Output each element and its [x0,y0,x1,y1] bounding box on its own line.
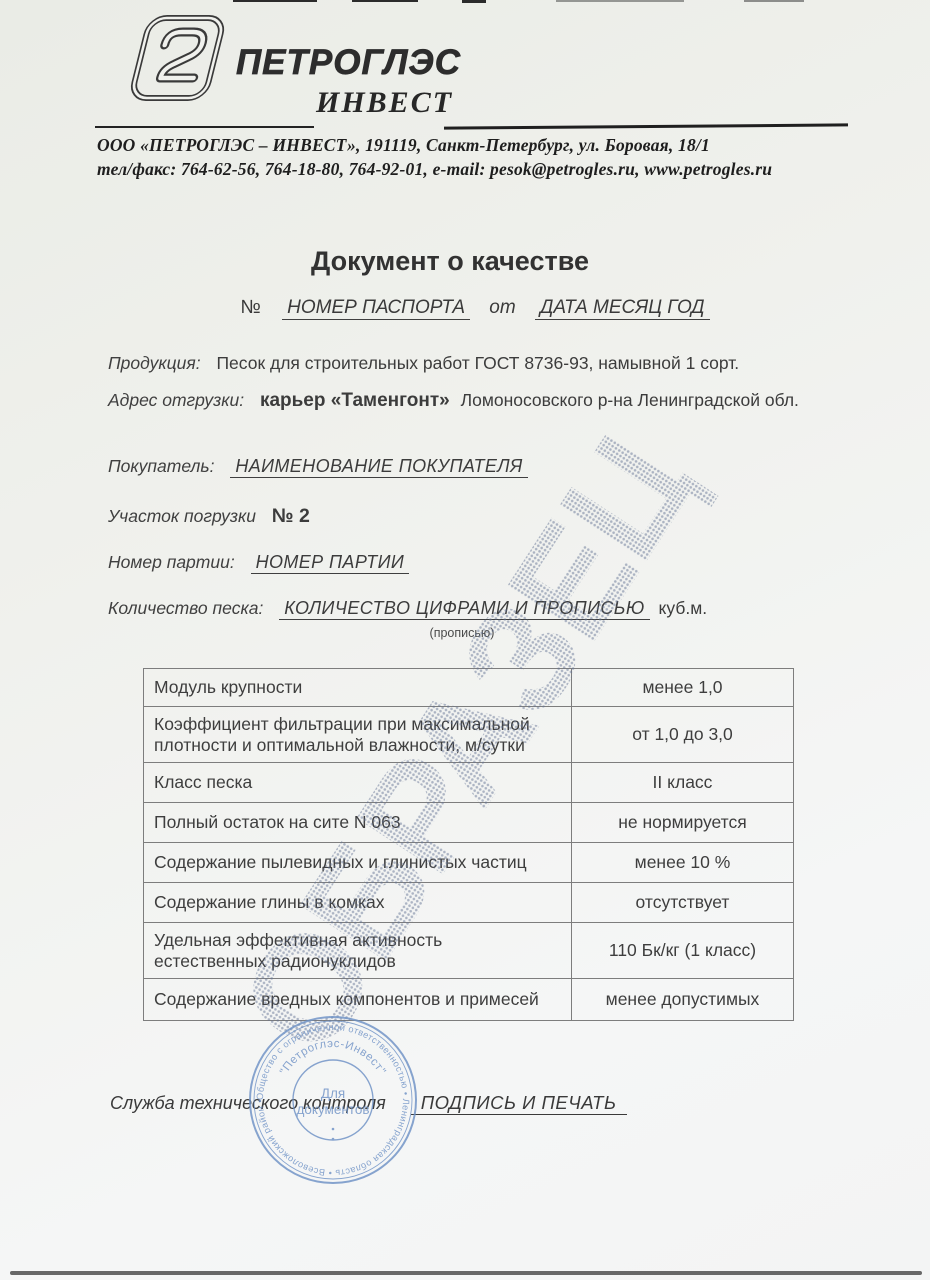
param-cell: Коэффициент фильтрации при максимальной … [144,707,572,763]
passport-number-placeholder: НОМЕР ПАСПОРТА [282,297,470,320]
company-contact-line: тел/факс: 764-62-56, 764-18-80, 764-92-0… [97,158,772,181]
passport-date-placeholder: ДАТА МЕСЯЦ ГОД [535,297,710,320]
scanned-quality-document: ПЕТРОГЛЭС ИНВЕСТ ООО «ПЕТРОГЛЭС – ИНВЕСТ… [0,0,930,1280]
param-cell: Удельная эффективная активность естестве… [144,923,572,979]
stamp-center-line1: Для [321,1086,345,1101]
header-rule-right [444,123,848,129]
shipping-label: Адрес отгрузки: [108,390,244,410]
quantity-label: Количество песка: [108,598,263,618]
company-stamp: Общество с ограниченной ответственностью… [246,1013,420,1187]
value-cell: отсутствует [572,883,794,923]
table-row: Модуль крупности менее 1,0 [144,669,794,707]
field-product: Продукция: Песок для строительных работ … [108,353,739,374]
value-cell: от 1,0 до 3,0 [572,707,794,763]
param-cell: Модуль крупности [144,669,572,707]
loading-value: № 2 [272,505,310,527]
param-cell: Содержание глины в комках [144,883,572,923]
table-row: Удельная эффективная активность естестве… [144,923,794,979]
quantity-unit: куб.м. [659,598,708,618]
batch-placeholder: НОМЕР ПАРТИИ [251,552,410,574]
table-row: Класс песка II класс [144,763,794,803]
signature-placeholder: ПОДПИСЬ И ПЕЧАТЬ [411,1092,627,1115]
buyer-placeholder: НАИМЕНОВАНИЕ ПОКУПАТЕЛЯ [230,456,527,478]
scan-artifact [744,0,804,2]
quality-table: Модуль крупности менее 1,0 Коэффициент ф… [143,668,794,1021]
scan-artifact [556,0,684,2]
field-batch-number: Номер партии: НОМЕР ПАРТИИ [108,552,409,573]
table-row: Содержание пылевидных и глинистых частиц… [144,843,794,883]
value-cell: II класс [572,763,794,803]
shipping-quarry-value: карьер «Таменгонт» [260,390,450,411]
buyer-label: Покупатель: [108,456,214,476]
document-title: Документ о качестве [0,246,900,277]
batch-label: Номер партии: [108,552,235,572]
stamp-dot [332,1128,335,1131]
quantity-note: (прописью) [0,626,924,640]
petrogles-logo-icon [128,12,236,108]
value-cell: не нормируется [572,803,794,843]
scan-artifact [233,0,317,2]
value-cell: менее допустимых [572,979,794,1021]
value-cell: 110 Бк/кг (1 класс) [572,923,794,979]
scan-artifact [462,0,486,3]
passport-date-separator: от [489,297,515,318]
passport-number-prefix: № [240,297,260,318]
brand-name: ПЕТРОГЛЭС [236,44,461,83]
value-cell: менее 1,0 [572,669,794,707]
shipping-region-value: Ломоносовского р-на Ленинградской обл. [461,390,799,410]
param-cell: Содержание пылевидных и глинистых частиц [144,843,572,883]
field-loading-section: Участок погрузки № 2 [108,505,310,528]
company-address-line: ООО «ПЕТРОГЛЭС – ИНВЕСТ», 191119, Санкт-… [97,134,710,157]
header-rule-left [95,126,314,128]
param-cell: Класс песка [144,763,572,803]
field-shipping-address: Адрес отгрузки: карьер «Таменгонт» Ломон… [108,390,799,412]
stamp-dot [332,1138,335,1141]
value-cell: менее 10 % [572,843,794,883]
table-row: Содержание вредных компонентов и примесе… [144,979,794,1021]
stamp-center-line2: документов [297,1102,370,1117]
field-quantity: Количество песка: КОЛИЧЕСТВО ЦИФРАМИ И П… [108,598,707,619]
table-row: Коэффициент фильтрации при максимальной … [144,707,794,763]
scan-artifact [352,0,418,2]
passport-number-line: № НОМЕР ПАСПОРТА от ДАТА МЕСЯЦ ГОД [0,297,930,319]
field-buyer: Покупатель: НАИМЕНОВАНИЕ ПОКУПАТЕЛЯ [108,456,528,477]
param-cell: Полный остаток на сите N 063 [144,803,572,843]
quantity-placeholder: КОЛИЧЕСТВО ЦИФРАМИ И ПРОПИСЬЮ [279,598,649,620]
page-bottom-edge [10,1271,922,1275]
brand-subname: ИНВЕСТ [316,86,453,119]
table-row: Полный остаток на сите N 063 не нормируе… [144,803,794,843]
loading-label: Участок погрузки [108,506,256,526]
product-label: Продукция: [108,353,201,373]
table-row: Содержание глины в комках отсутствует [144,883,794,923]
product-value: Песок для строительных работ ГОСТ 8736-9… [216,353,739,373]
